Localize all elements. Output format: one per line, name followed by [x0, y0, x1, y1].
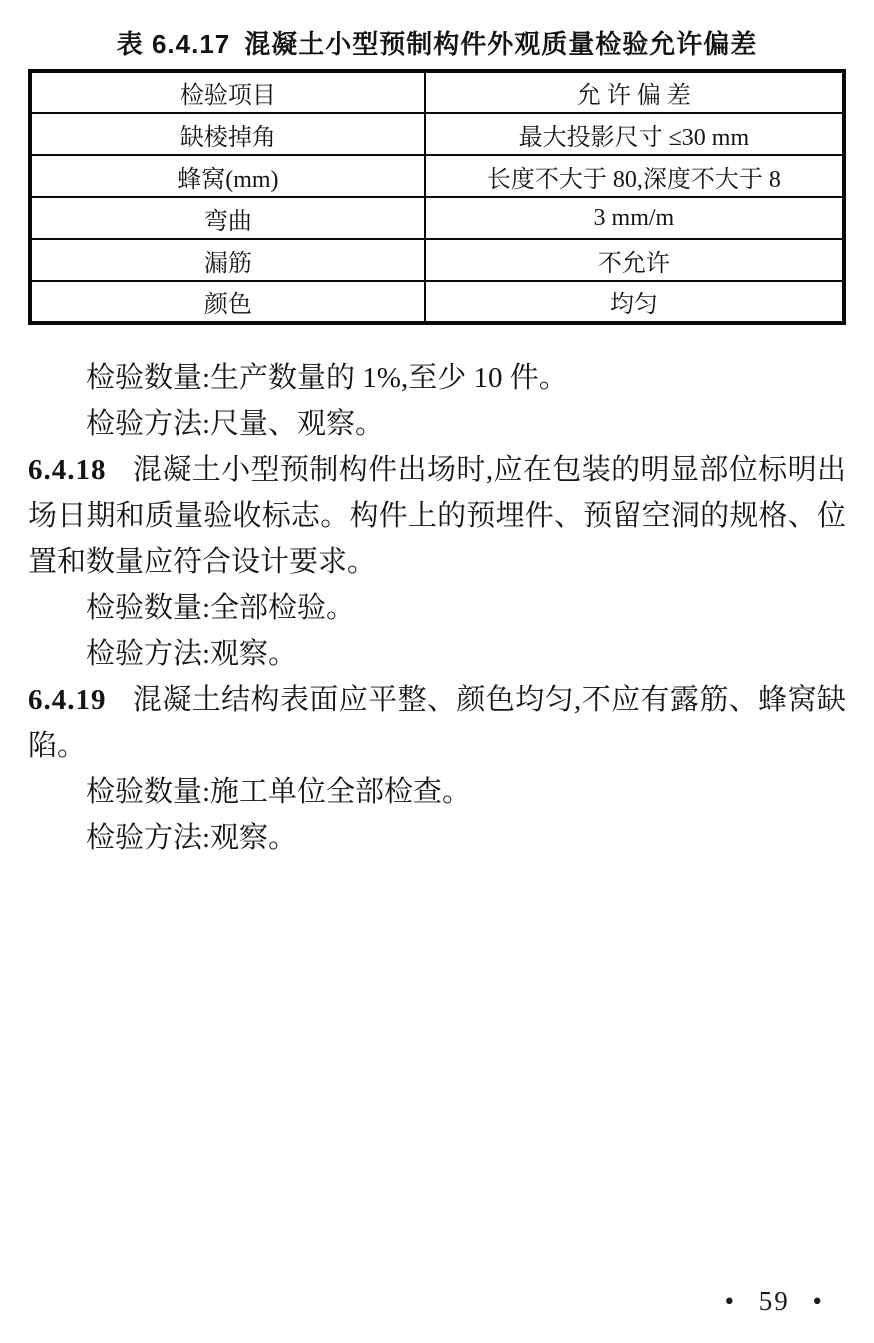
- table-caption-title: 混凝土小型预制构件外观质量检验允许偏差: [244, 29, 757, 59]
- clause-text: 混凝土结构表面应平整、颜色均匀,不应有露筋、蜂窝缺陷。: [28, 684, 846, 762]
- body-text: 检验数量:生产数量的 1%,至少 10 件。 检验方法:尺量、观察。 6.4.1…: [28, 355, 846, 861]
- table-row: 弯曲 3 mm/m: [30, 197, 844, 239]
- table-row: 缺棱掉角 最大投影尺寸 ≤30 mm: [30, 113, 844, 155]
- clause-text: 混凝土小型预制构件出场时,应在包装的明显部位标明出场日期和质量验收标志。构件上的…: [28, 454, 846, 578]
- table-row: 蜂窝(mm) 长度不大于 80,深度不大于 8: [30, 155, 844, 197]
- header-inspection-item: 检验项目: [30, 71, 425, 113]
- table-header-row: 检验项目 允 许 偏 差: [30, 71, 844, 113]
- cell-value: 不允许: [425, 239, 844, 281]
- table-caption-number: 表 6.4.17: [117, 29, 231, 59]
- cell-item: 颜色: [30, 281, 425, 323]
- tolerance-table: 检验项目 允 许 偏 差 缺棱掉角 最大投影尺寸 ≤30 mm 蜂窝(mm) 长…: [28, 69, 846, 325]
- cell-value: 3 mm/m: [425, 197, 844, 239]
- document-page: 表 6.4.17混凝土小型预制构件外观质量检验允许偏差 检验项目 允 许 偏 差…: [0, 0, 874, 1343]
- page-number: • 59 •: [725, 1286, 824, 1317]
- inspection-method-line: 检验方法:尺量、观察。: [28, 401, 846, 447]
- cell-value: 长度不大于 80,深度不大于 8: [425, 155, 844, 197]
- cell-item: 弯曲: [30, 197, 425, 239]
- cell-value: 均匀: [425, 281, 844, 323]
- cell-item: 漏筋: [30, 239, 425, 281]
- inspection-quantity-line: 检验数量:施工单位全部检查。: [28, 769, 846, 815]
- cell-item: 缺棱掉角: [30, 113, 425, 155]
- table-row: 颜色 均匀: [30, 281, 844, 323]
- inspection-method-line: 检验方法:观察。: [28, 631, 846, 677]
- clause-6-4-19: 6.4.19混凝土结构表面应平整、颜色均匀,不应有露筋、蜂窝缺陷。: [28, 677, 846, 769]
- cell-value: 最大投影尺寸 ≤30 mm: [425, 113, 844, 155]
- table-caption: 表 6.4.17混凝土小型预制构件外观质量检验允许偏差: [28, 24, 846, 61]
- header-allowed-deviation: 允 许 偏 差: [425, 71, 844, 113]
- clause-6-4-18: 6.4.18混凝土小型预制构件出场时,应在包装的明显部位标明出场日期和质量验收标…: [28, 447, 846, 585]
- clause-number: 6.4.18: [28, 454, 107, 486]
- table-row: 漏筋 不允许: [30, 239, 844, 281]
- inspection-method-line: 检验方法:观察。: [28, 815, 846, 861]
- clause-number: 6.4.19: [28, 684, 107, 716]
- inspection-quantity-line: 检验数量:生产数量的 1%,至少 10 件。: [28, 355, 846, 401]
- inspection-quantity-line: 检验数量:全部检验。: [28, 585, 846, 631]
- cell-item: 蜂窝(mm): [30, 155, 425, 197]
